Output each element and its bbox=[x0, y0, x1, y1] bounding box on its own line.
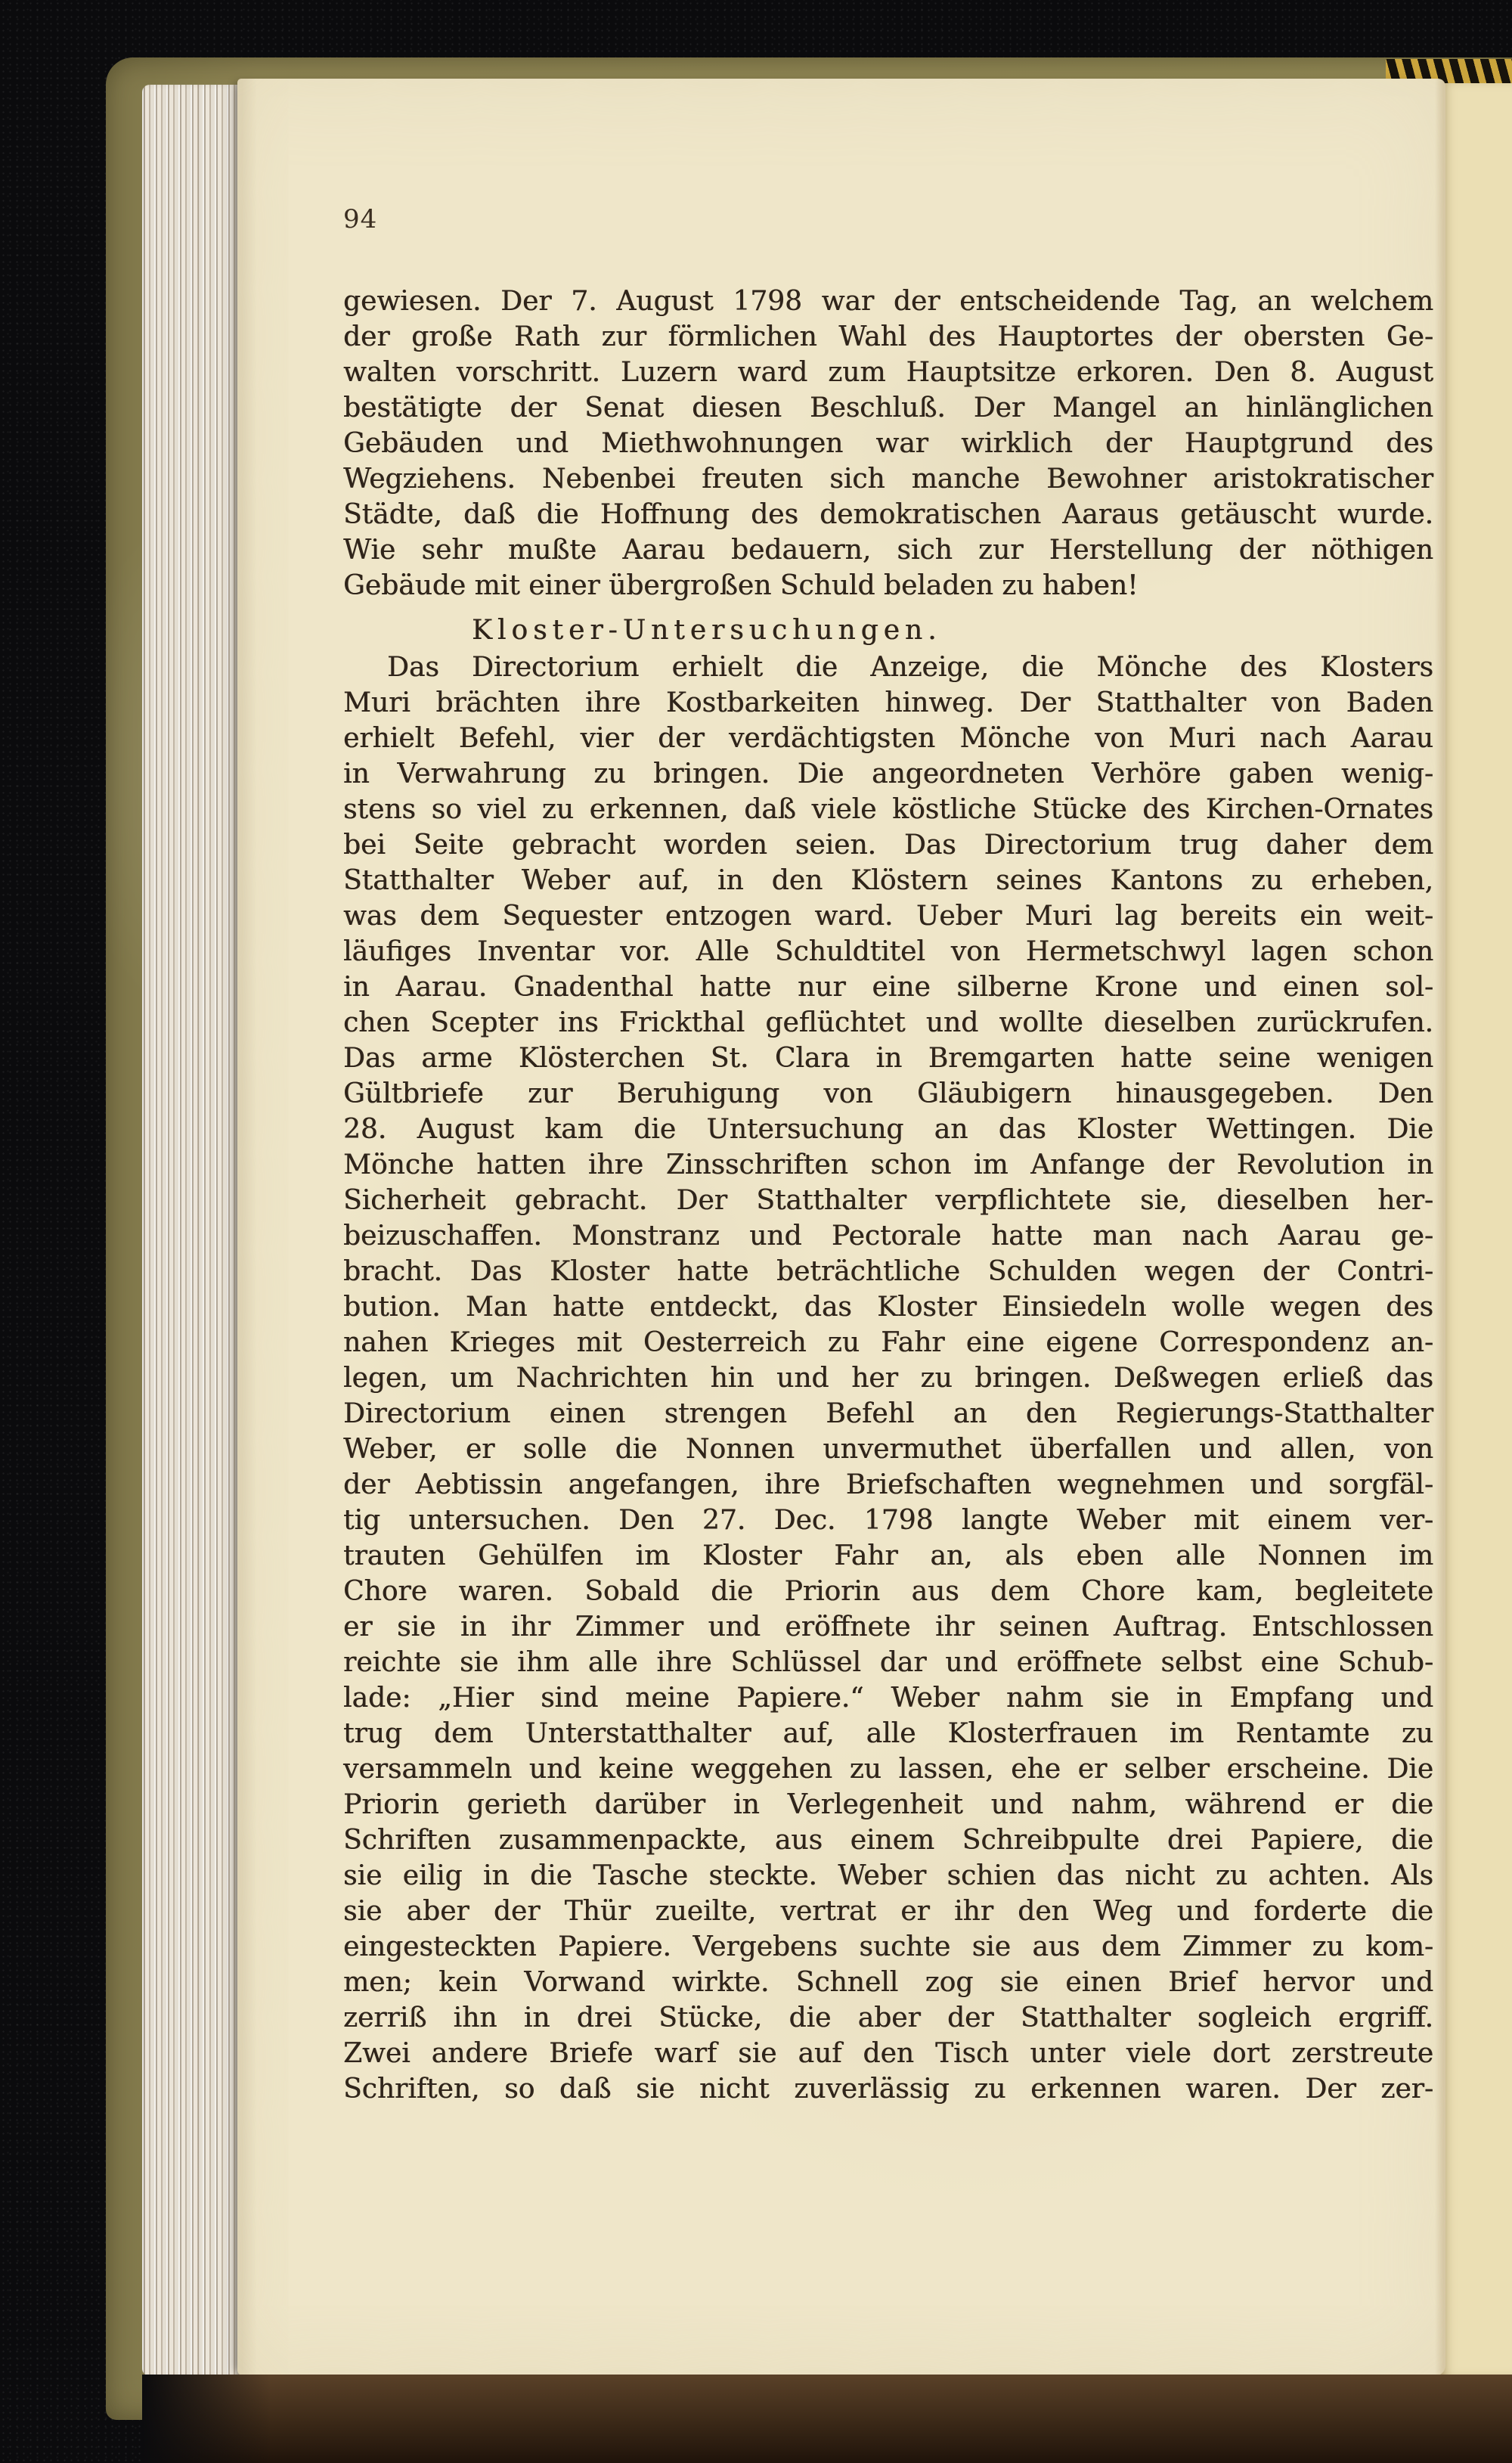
underlying-page-edge bbox=[1440, 83, 1512, 2376]
text-line: nahen Krieges mit Oesterreich zu Fahr ei… bbox=[343, 1325, 1433, 1360]
text-line: Directorium einen strengen Befehl an den… bbox=[343, 1396, 1433, 1432]
book-page: 94 gewiesen. Der 7. August 1798 war der … bbox=[237, 79, 1445, 2376]
text-line: Priorin gerieth darüber in Verlegenheit … bbox=[343, 1787, 1433, 1822]
text-line: tig untersuchen. Den 27. Dec. 1798 langt… bbox=[343, 1503, 1433, 1538]
text-line: er sie in ihr Zimmer und eröffnete ihr s… bbox=[343, 1609, 1433, 1645]
text-line: 28. August kam die Untersuchung an das K… bbox=[343, 1112, 1433, 1147]
text-line: Statthalter Weber auf, in den Klöstern s… bbox=[343, 863, 1433, 898]
page-number: 94 bbox=[343, 201, 1433, 237]
text-line: in Aarau. Gnadenthal hatte nur eine silb… bbox=[343, 969, 1433, 1005]
text-line: erhielt Befehl, vier der verdächtigsten … bbox=[343, 721, 1433, 756]
text-line: Schriften zusammenpackte, aus einem Schr… bbox=[343, 1822, 1433, 1858]
text-line: Gebäuden und Miethwohnungen war wirklich… bbox=[343, 426, 1433, 461]
text-line: Gebäude mit einer übergroßen Schuld bela… bbox=[343, 568, 1433, 603]
text-line: bei Seite gebracht worden seien. Das Dir… bbox=[343, 827, 1433, 863]
text-line: versammeln und keine weggehen zu lassen,… bbox=[343, 1751, 1433, 1787]
text-line: zerriß ihn in drei Stücke, die aber der … bbox=[343, 2000, 1433, 2036]
text-line: chen Scepter ins Frickthal geflüchtet un… bbox=[343, 1005, 1433, 1041]
paragraph-kloster-untersuchungen: Das Directorium erhielt die Anzeige, die… bbox=[343, 650, 1433, 2107]
text-line: bution. Man hatte entdeckt, das Kloster … bbox=[343, 1289, 1433, 1325]
paragraph-continuation: gewiesen. Der 7. August 1798 war der ent… bbox=[343, 284, 1433, 603]
text-line: in Verwahrung zu bringen. Die angeordnet… bbox=[343, 756, 1433, 792]
text-line: lade: „Hier sind meine Papiere.“ Weber n… bbox=[343, 1680, 1433, 1716]
book-bottom-edge bbox=[142, 2375, 1512, 2463]
text-line: Schriften, so daß sie nicht zuverlässig … bbox=[343, 2071, 1433, 2107]
text-line: Mönche hatten ihre Zinsschriften schon i… bbox=[343, 1147, 1433, 1183]
text-column: 94 gewiesen. Der 7. August 1798 war der … bbox=[343, 201, 1433, 2107]
text-line: Wegziehens. Nebenbei freuten sich manche… bbox=[343, 461, 1433, 497]
text-line: reichte sie ihm alle ihre Schlüssel dar … bbox=[343, 1645, 1433, 1680]
text-line: gewiesen. Der 7. August 1798 war der ent… bbox=[343, 284, 1433, 319]
text-line: men; kein Vorwand wirkte. Schnell zog si… bbox=[343, 1965, 1433, 2000]
text-line: der Aebtissin angefangen, ihre Briefscha… bbox=[343, 1467, 1433, 1503]
text-line: eingesteckten Papiere. Vergebens suchte … bbox=[343, 1929, 1433, 1965]
text-line: bestätigte der Senat diesen Beschluß. De… bbox=[343, 390, 1433, 426]
text-line: der große Rath zur förmlichen Wahl des H… bbox=[343, 319, 1433, 355]
text-line: was dem Sequester entzogen ward. Ueber M… bbox=[343, 898, 1433, 934]
text-line: Städte, daß die Hoffnung des demokratisc… bbox=[343, 497, 1433, 532]
text-line: walten vorschritt. Luzern ward zum Haupt… bbox=[343, 355, 1433, 390]
text-line: Gültbriefe zur Beruhigung von Gläubigern… bbox=[343, 1076, 1433, 1112]
page-stack-fore-edge bbox=[142, 85, 239, 2376]
text-line: Chore waren. Sobald die Priorin aus dem … bbox=[343, 1574, 1433, 1609]
text-line: Muri brächten ihre Kostbarkeiten hinweg.… bbox=[343, 685, 1433, 721]
text-line: beizuschaffen. Monstranz und Pectorale h… bbox=[343, 1218, 1433, 1254]
text-line: stens so viel zu erkennen, daß viele kös… bbox=[343, 792, 1433, 827]
text-line: Das arme Klösterchen St. Clara in Bremga… bbox=[343, 1041, 1433, 1076]
text-line: sie aber der Thür zueilte, vertrat er ih… bbox=[343, 1894, 1433, 1929]
section-heading: Kloster-Untersuchungen. bbox=[472, 613, 1433, 648]
text-line: trug dem Unterstatthalter auf, alle Klos… bbox=[343, 1716, 1433, 1751]
text-line: Wie sehr mußte Aarau bedauern, sich zur … bbox=[343, 532, 1433, 568]
text-line: bracht. Das Kloster hatte beträchtliche … bbox=[343, 1254, 1433, 1289]
text-line: legen, um Nachrichten hin und her zu bri… bbox=[343, 1360, 1433, 1396]
text-line: Zwei andere Briefe warf sie auf den Tisc… bbox=[343, 2036, 1433, 2071]
text-line: sie eilig in die Tasche steckte. Weber s… bbox=[343, 1858, 1433, 1894]
text-line: Sicherheit gebracht. Der Statthalter ver… bbox=[343, 1183, 1433, 1218]
text-line: trauten Gehülfen im Kloster Fahr an, als… bbox=[343, 1538, 1433, 1574]
text-line: Das Directorium erhielt die Anzeige, die… bbox=[343, 650, 1433, 685]
text-line: läufiges Inventar vor. Alle Schuldtitel … bbox=[343, 934, 1433, 969]
text-line: Weber, er solle die Nonnen unvermuthet ü… bbox=[343, 1432, 1433, 1467]
